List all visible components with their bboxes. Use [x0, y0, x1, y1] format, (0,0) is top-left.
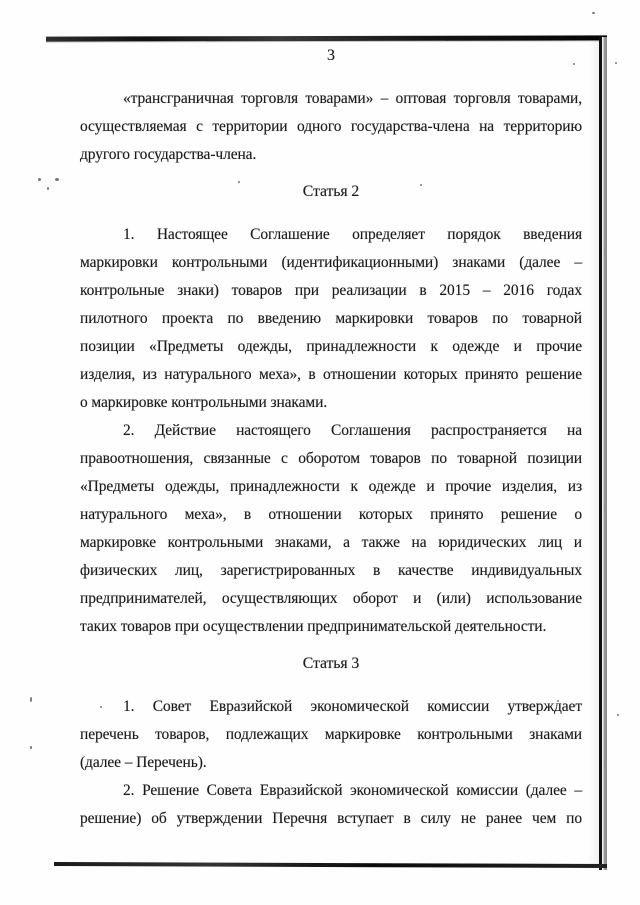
page-frame-top-border — [46, 35, 607, 41]
scan-speck — [366, 705, 368, 707]
page-edge-shadow — [588, 40, 599, 864]
heading-article-2: Статья 2 — [80, 178, 582, 206]
scan-speck — [30, 746, 32, 749]
scan-speck — [100, 706, 102, 708]
scan-speck — [30, 697, 32, 702]
text-line: (далее – Перечень). — [80, 749, 582, 777]
text-line: позиции «Предметы одежды, принадлежности… — [80, 333, 582, 361]
text-line: натурального меха», в отношении которых … — [80, 501, 582, 529]
para-article2-item2: 2. Действие настоящего Соглашения распро… — [80, 417, 582, 641]
para-article3-item2: 2. Решение Совета Евразийской экономичес… — [80, 777, 582, 833]
text-line: о маркировке контрольными знаками. — [80, 389, 582, 417]
scan-speck — [47, 187, 49, 190]
scan-speck — [615, 62, 617, 64]
scan-speck — [557, 700, 559, 702]
text-line: предпринимателей, осуществляющих оборот … — [80, 585, 582, 613]
text-line: 2. Действие настоящего Соглашения распро… — [80, 417, 582, 445]
para-article2-item1: 1. Настоящее Соглашение определяет поряд… — [80, 221, 582, 417]
text-line: маркировки контрольными (идентификационн… — [80, 249, 582, 277]
text-line: маркировке контрольными знаками, а также… — [80, 529, 582, 557]
text-line: пилотного проекта по введению маркировки… — [80, 305, 582, 333]
scan-speck — [617, 714, 619, 716]
scan-speck — [238, 181, 240, 183]
para-article3-item1: 1. Совет Евразийской экономической комис… — [80, 693, 582, 777]
heading-article-3: Статья 3 — [80, 650, 582, 678]
text-line: решение) об утверждении Перечня вступает… — [80, 805, 582, 833]
page-number: 3 — [80, 47, 582, 65]
scanned-document-page: 3 «трансграничная торговля товарами» – о… — [0, 0, 640, 905]
text-line: таких товаров при осуществлении предприн… — [80, 613, 582, 641]
text-line: 2. Решение Совета Евразийской экономичес… — [80, 777, 582, 805]
para-transborder-trade-definition: «трансграничная торговля товарами» – опт… — [80, 85, 582, 169]
text-line: 1. Настоящее Соглашение определяет поряд… — [80, 221, 582, 249]
text-line: физических лиц, зарегистрированных в кач… — [80, 557, 582, 585]
document-body: «трансграничная торговля товарами» – опт… — [80, 85, 582, 833]
text-line: правоотношения, связанные с оборотом тов… — [80, 445, 582, 473]
text-line: осуществляемая с территории одного госуд… — [80, 113, 582, 141]
text-line: 1. Совет Евразийской экономической комис… — [80, 693, 582, 721]
text-line: «трансграничная торговля товарами» – опт… — [80, 85, 582, 113]
text-line: изделия, из натурального меха», в отноше… — [80, 361, 582, 389]
text-line: «Предметы одежды, принадлежности к одежд… — [80, 473, 582, 501]
text-line: другого государства-члена. — [80, 141, 582, 169]
scan-speck — [163, 707, 165, 709]
page-frame-right-border — [599, 37, 607, 870]
scan-speck — [420, 184, 422, 186]
text-line: контрольные знаки) товаров при реализаци… — [80, 277, 582, 305]
page-frame-bottom-border — [54, 862, 607, 868]
scan-speck — [592, 12, 595, 14]
scan-speck — [527, 704, 529, 706]
scan-speck — [55, 178, 59, 181]
scan-speck — [38, 178, 41, 181]
scan-speck — [573, 63, 575, 65]
text-line: перечень товаров, подлежащих маркировке … — [80, 721, 582, 749]
